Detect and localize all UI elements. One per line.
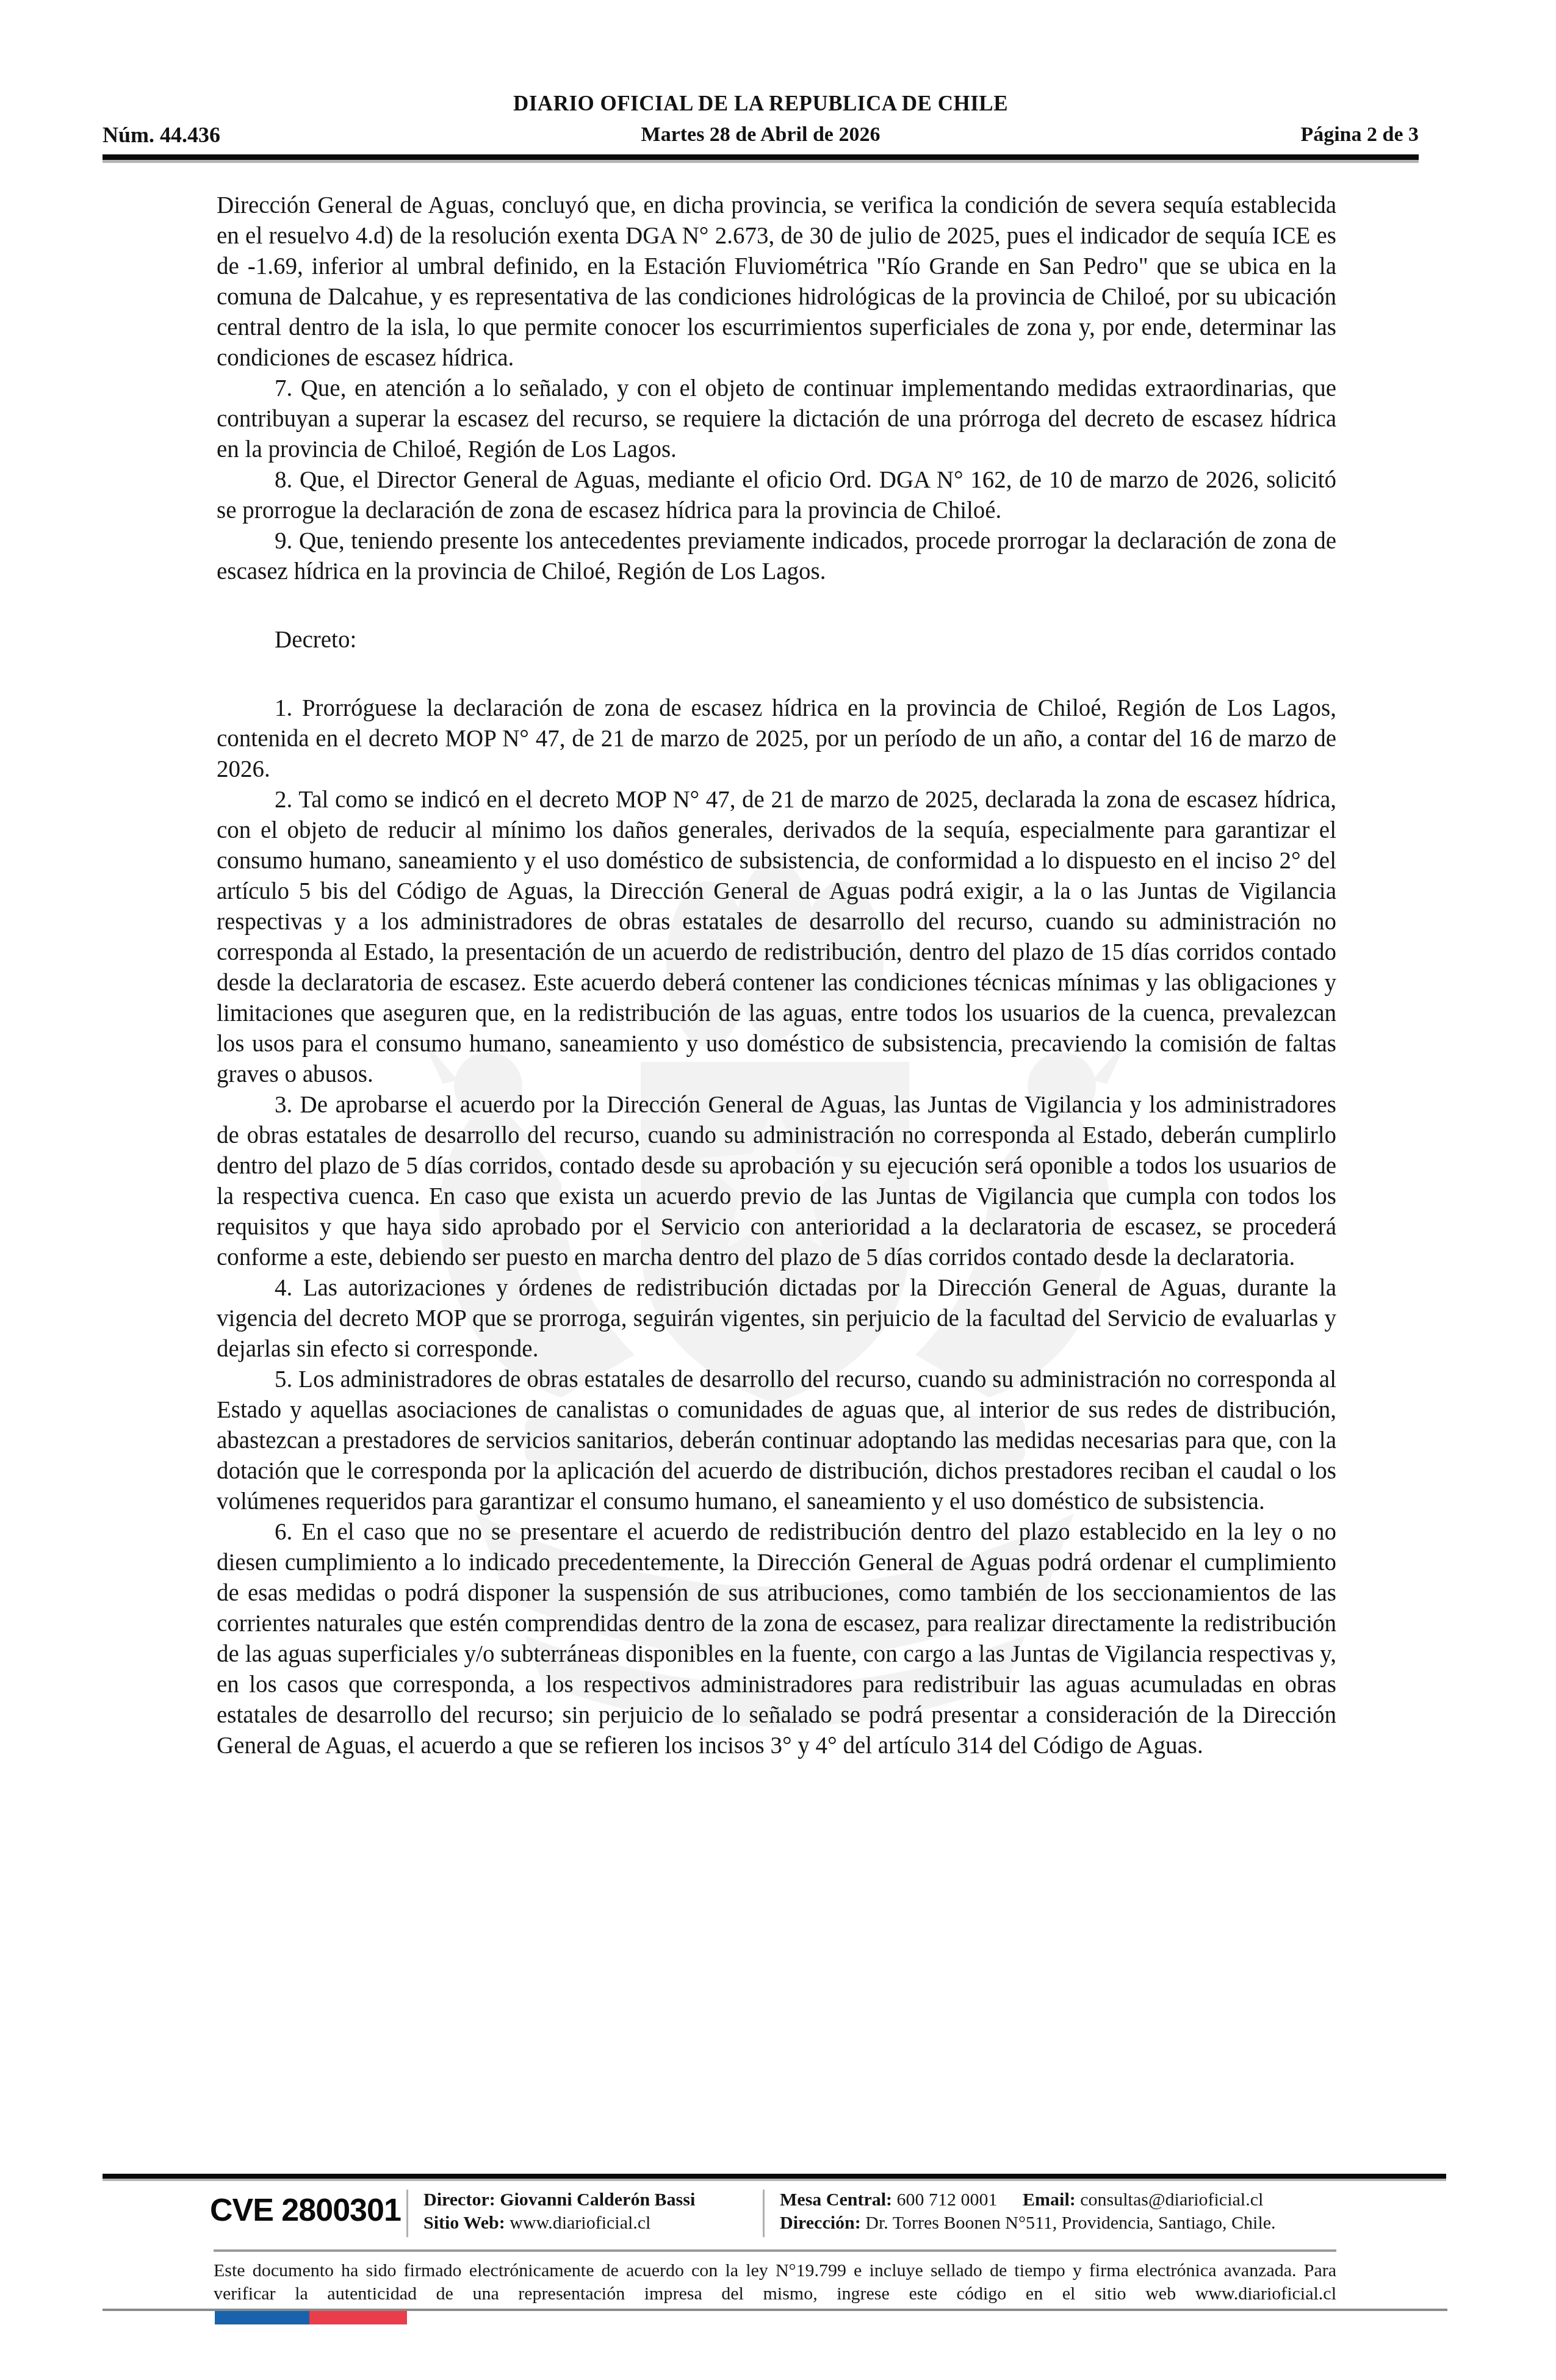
considerando-8: 8. Que, el Director General de Aguas, me…	[217, 465, 1336, 526]
decree-body: Dirección General de Aguas, concluyó que…	[217, 190, 1336, 1761]
director-column: Director: Giovanni Calderón Bassi Sitio …	[423, 2188, 695, 2235]
footer-mid-rule	[214, 2249, 1336, 2252]
paragraph-continuation: Dirección General de Aguas, concluyó que…	[217, 190, 1336, 373]
cve-code: CVE 2800301	[210, 2192, 401, 2229]
footer-divider	[406, 2190, 408, 2237]
decree-item-2: 2. Tal como se indicó en el decreto MOP …	[217, 785, 1336, 1090]
gazette-page: DIARIO OFICIAL DE LA REPUBLICA DE CHILE …	[0, 0, 1556, 2380]
decree-item-4: 4. Las autorizaciones y órdenes de redis…	[217, 1273, 1336, 1365]
direccion-line: Dirección: Dr. Torres Boonen N°511, Prov…	[780, 2212, 1276, 2235]
sitio-web-url: www.diarioficial.cl	[510, 2213, 650, 2233]
considerando-9: 9. Que, teniendo presente los antecedent…	[217, 526, 1336, 587]
email-label: Email:	[1023, 2190, 1076, 2210]
decree-item-6: 6. En el caso que no se presentare el ac…	[217, 1517, 1336, 1761]
gazette-title: DIARIO OFICIAL DE LA REPUBLICA DE CHILE	[103, 92, 1419, 116]
footer-top-rule	[103, 2174, 1446, 2179]
flag-red-segment	[309, 2311, 407, 2324]
considerando-7: 7. Que, en atención a lo señalado, y con…	[217, 373, 1336, 465]
decree-item-5: 5. Los administradores de obras estatale…	[217, 1365, 1336, 1517]
sitio-web-label: Sitio Web:	[423, 2213, 505, 2233]
flag-blue-segment	[215, 2311, 309, 2324]
chile-flag-bar-icon	[215, 2311, 407, 2324]
mesa-central-label: Mesa Central:	[780, 2190, 892, 2210]
mesa-central-number: 600 712 0001	[897, 2190, 998, 2210]
email-address: consultas@diarioficial.cl	[1080, 2190, 1263, 2210]
decreto-heading: Decreto:	[275, 625, 1336, 655]
mesa-email-line: Mesa Central: 600 712 0001 Email: consul…	[780, 2188, 1276, 2212]
decree-item-1: 1. Prorróguese la declaración de zona de…	[217, 693, 1336, 785]
page-indicator: Página 2 de 3	[103, 123, 1419, 146]
decree-item-3: 3. De aprobarse el acuerdo por la Direcc…	[217, 1090, 1336, 1273]
direccion-label: Dirección:	[780, 2213, 861, 2233]
contact-column: Mesa Central: 600 712 0001 Email: consul…	[780, 2188, 1276, 2235]
director-label: Director:	[423, 2190, 495, 2210]
director-line: Director: Giovanni Calderón Bassi	[423, 2188, 695, 2212]
footer-divider	[763, 2190, 765, 2237]
electronic-signature-note: Este documento ha sido firmado electróni…	[214, 2259, 1336, 2306]
header-rule	[103, 154, 1419, 160]
direccion-address: Dr. Torres Boonen N°511, Providencia, Sa…	[865, 2213, 1275, 2233]
director-name: Giovanni Calderón Bassi	[500, 2190, 695, 2210]
sitio-web-line: Sitio Web: www.diarioficial.cl	[423, 2212, 695, 2235]
